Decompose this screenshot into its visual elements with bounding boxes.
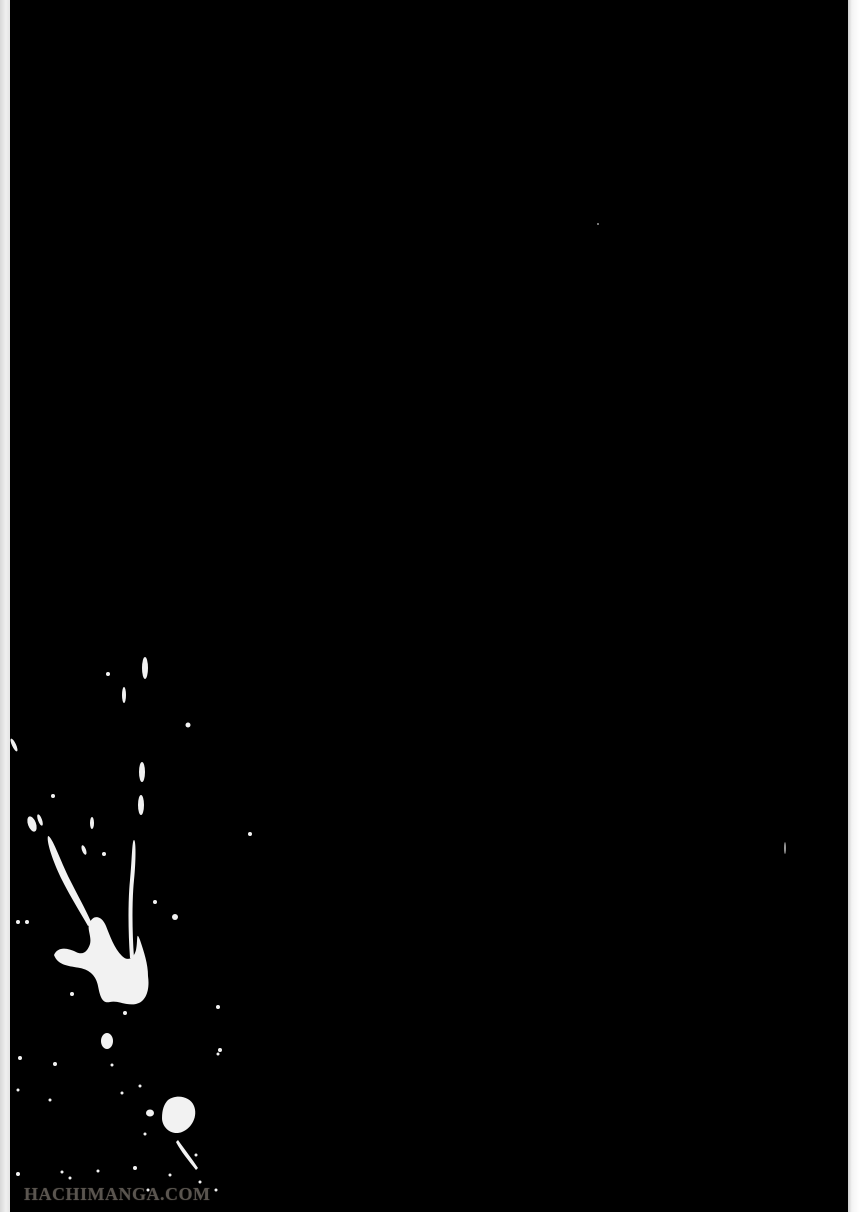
splatter-shapes (10, 657, 252, 1192)
watermark: HACHIMANGA.COM (24, 1184, 210, 1205)
ink-splatter (10, 0, 849, 1212)
manga-page: HACHIMANGA.COM (0, 0, 860, 1212)
black-panel: HACHIMANGA.COM (10, 0, 849, 1212)
paper-edge-right (848, 0, 860, 1212)
